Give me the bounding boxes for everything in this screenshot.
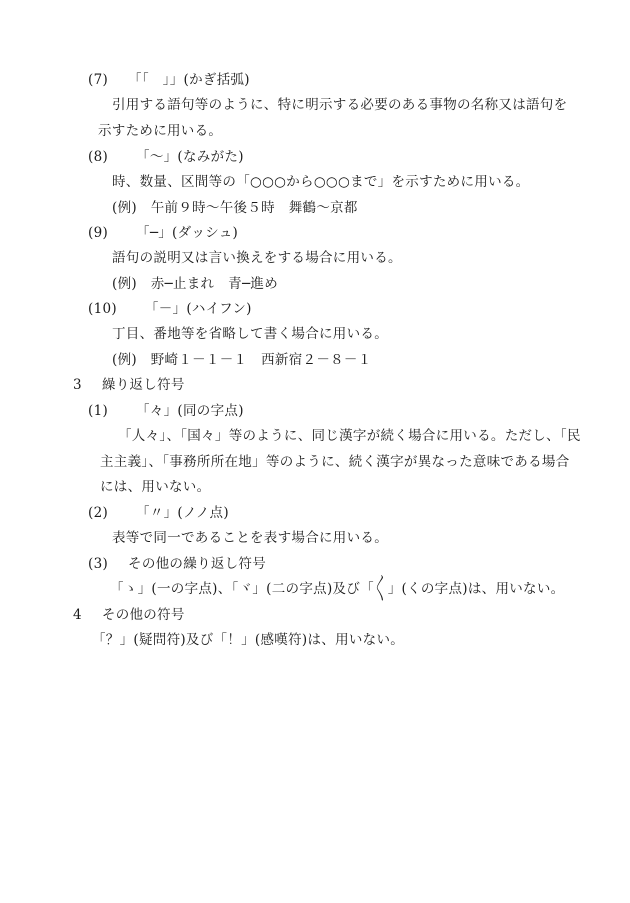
item-title: 「〃」(ノノ点) bbox=[136, 505, 229, 521]
item-7-body-line-2: 示すために用いる。 bbox=[98, 121, 222, 141]
item-9-body: 語句の説明又は言い換えをする場合に用いる。 bbox=[112, 248, 402, 268]
section-3-sub-3-body: 「ゝ」(一の字点)、「ヾ」(二の字点)及び「〱」(くの字点)は、用いない。 bbox=[110, 579, 564, 599]
item-title: 「々」(同の字点) bbox=[136, 403, 244, 419]
item-number: (8) bbox=[88, 147, 108, 167]
section-title: その他の符号 bbox=[102, 607, 185, 623]
item-10-example: (例) 野崎１－１－１ 西新宿２－８－１ bbox=[112, 350, 372, 370]
section-4-body: 「？」(疑問符)及び「！」(感嘆符)は、用いない。 bbox=[92, 630, 404, 650]
document-page: (7)「「 」」(かぎ括弧) 引用する語句等のように、特に明示する必要のある事物… bbox=[0, 0, 630, 903]
section-4-heading: 4その他の符号 bbox=[73, 605, 185, 625]
item-8-body: 時、数量、区間等の「○○○から○○○まで」を示すために用いる。 bbox=[112, 172, 529, 192]
item-7-body-line-1: 引用する語句等のように、特に明示する必要のある事物の名称又は語句を bbox=[112, 95, 567, 115]
item-number: (7) bbox=[88, 70, 108, 90]
item-title: 「「 」」(かぎ括弧) bbox=[128, 72, 250, 88]
section-number: 4 bbox=[73, 605, 82, 625]
item-number: (1) bbox=[88, 401, 108, 421]
item-number: (2) bbox=[88, 503, 108, 523]
section-title: 繰り返し符号 bbox=[102, 377, 185, 393]
item-title: その他の繰り返し符号 bbox=[128, 556, 266, 572]
section-number: 3 bbox=[73, 375, 82, 395]
section-3-sub-1-heading: (1)「々」(同の字点) bbox=[88, 401, 244, 421]
item-number: (3) bbox=[88, 554, 108, 574]
item-8-heading: (8)「～」(なみがた) bbox=[88, 147, 244, 167]
item-10-body: 丁目、番地等を省略して書く場合に用いる。 bbox=[112, 324, 388, 344]
item-9-example: (例) 赤─止まれ 青─進め bbox=[112, 274, 278, 294]
section-3-sub-2-heading: (2)「〃」(ノノ点) bbox=[88, 503, 229, 523]
section-3-sub-3-heading: (3)その他の繰り返し符号 bbox=[88, 554, 266, 574]
item-10-heading: (10)「－」(ハイフン) bbox=[88, 299, 252, 319]
section-3-sub-2-body: 表等で同一であることを表す場合に用いる。 bbox=[112, 528, 388, 548]
item-8-example: (例) 午前９時～午後５時 舞鶴～京都 bbox=[112, 198, 358, 218]
item-9-heading: (9)「─」(ダッシュ) bbox=[88, 223, 238, 243]
section-3-sub-1-body-line-2: 主主義」、「事務所所在地」等のように、続く漢字が異なった意味である場合 bbox=[100, 452, 570, 472]
section-3-heading: 3繰り返し符号 bbox=[73, 375, 185, 395]
item-number: (9) bbox=[88, 223, 108, 243]
item-7-heading: (7)「「 」」(かぎ括弧) bbox=[88, 70, 250, 90]
item-title: 「－」(ハイフン) bbox=[145, 301, 252, 317]
item-title: 「～」(なみがた) bbox=[136, 149, 244, 165]
item-title: 「─」(ダッシュ) bbox=[136, 225, 238, 241]
item-number: (10) bbox=[88, 299, 117, 319]
section-3-sub-1-body-line-1: 「人々」、「国々」等のように、同じ漢字が続く場合に用いる。ただし、「民 bbox=[118, 426, 581, 446]
section-3-sub-1-body-line-3: には、用いない。 bbox=[100, 477, 210, 497]
